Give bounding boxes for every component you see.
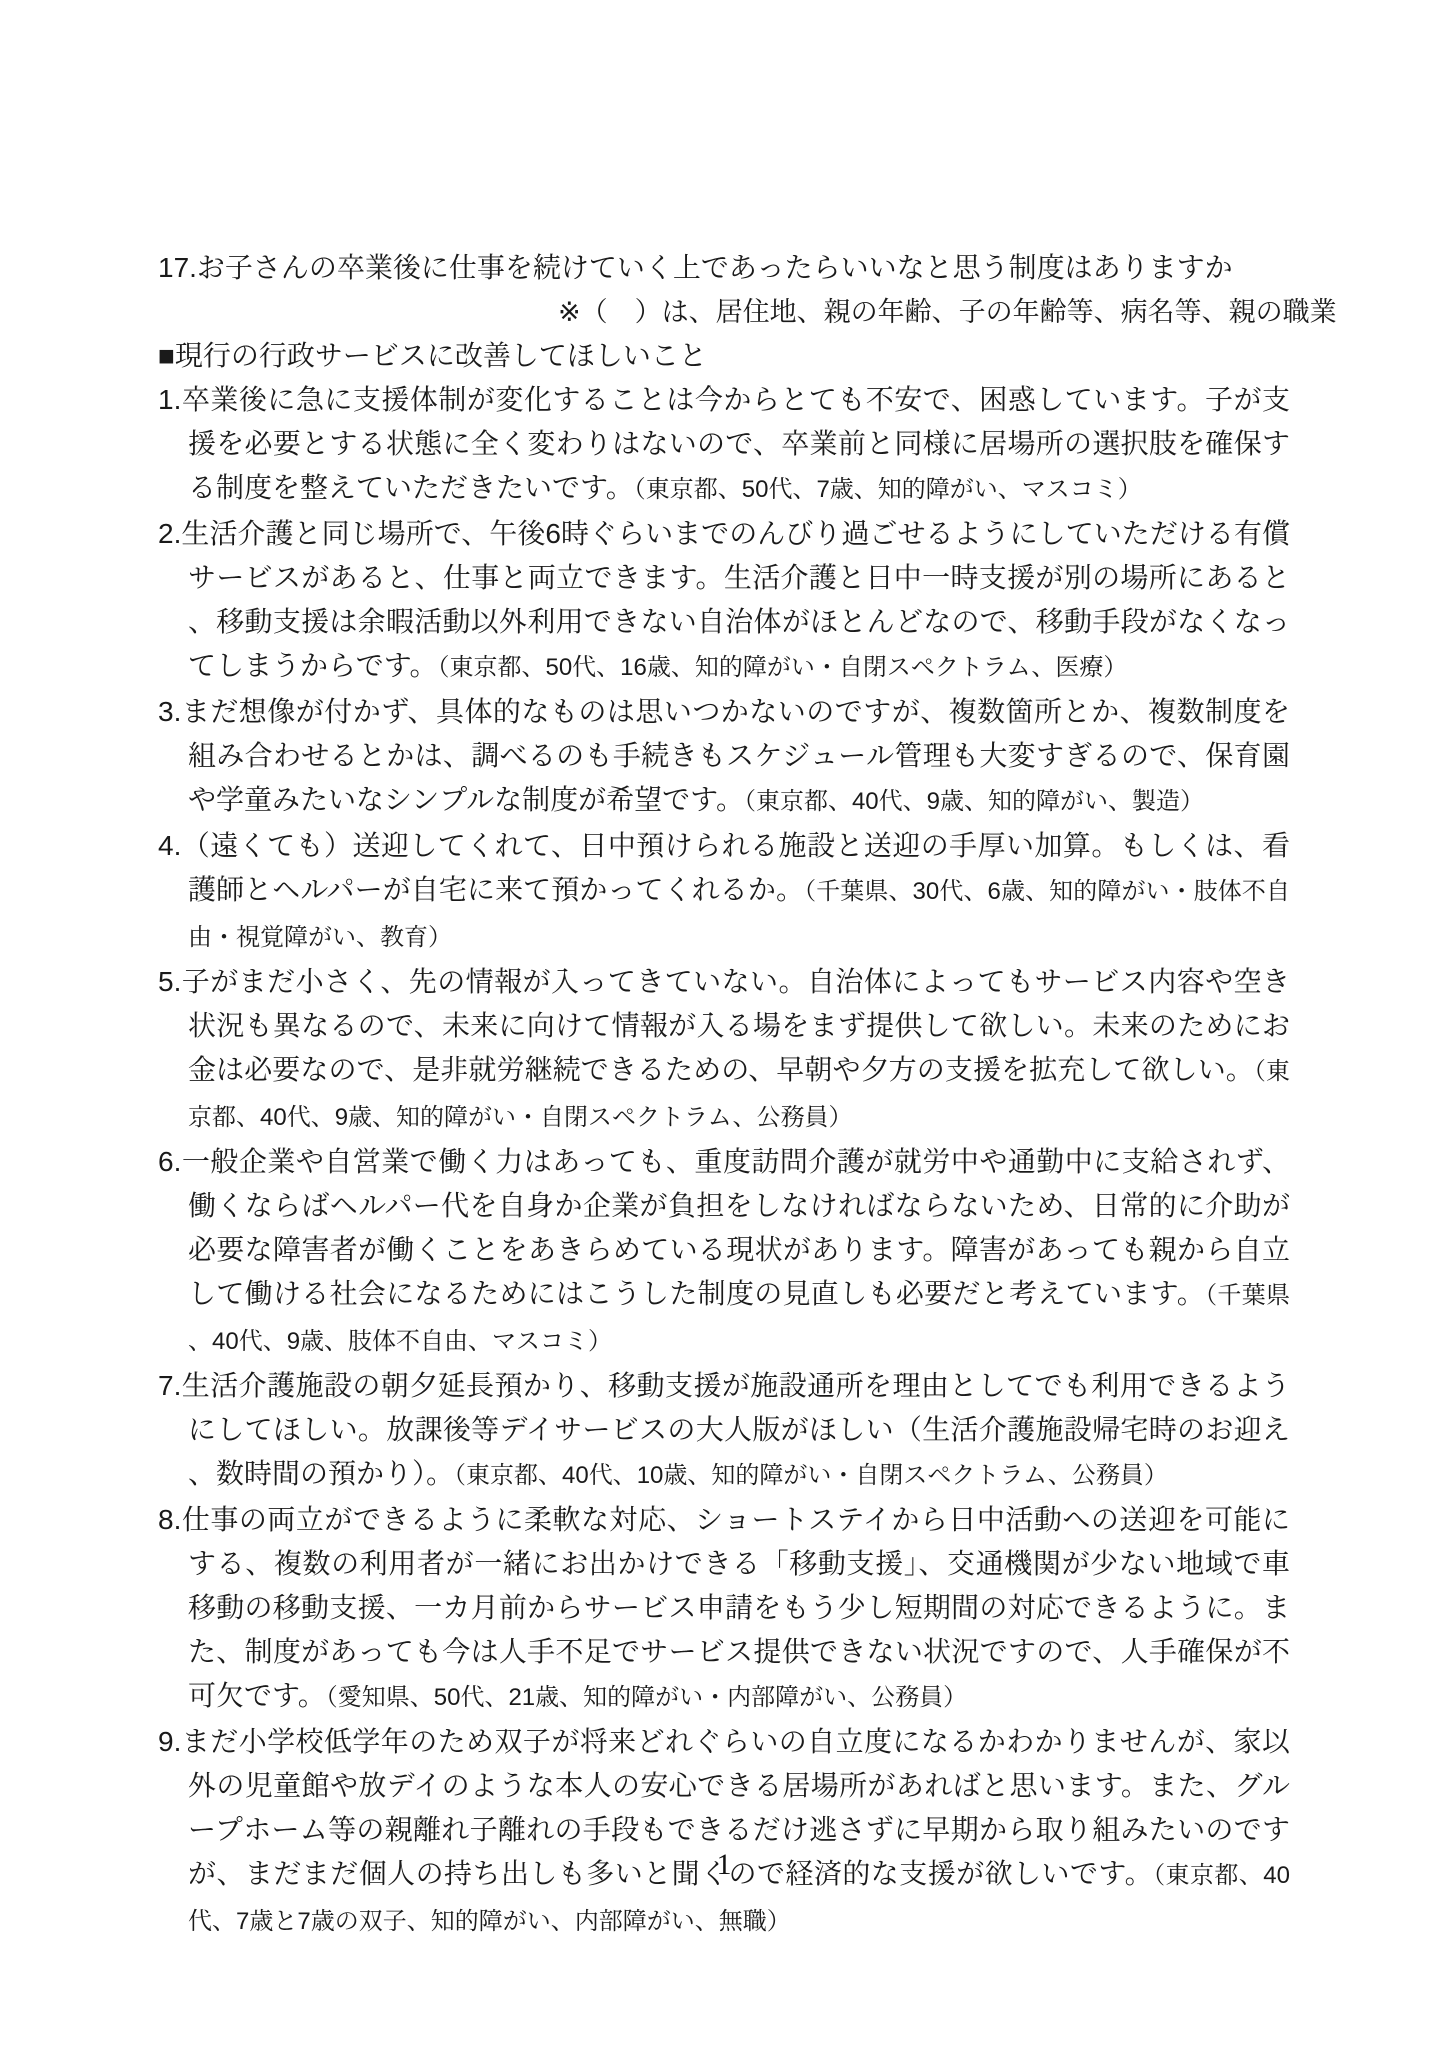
item-attribution: （愛知県、50代、21歳、知的障がい・内部障がい、公務員）	[326, 1684, 967, 1711]
list-item: 4.（遠くても）送迎してくれて、日中預けられる施設と送迎の手厚い加算。もしくは、…	[158, 824, 1290, 960]
list-item: 5.子がまだ小さく、先の情報が入ってきていない。自治体によってもサービス内容や空…	[158, 960, 1290, 1140]
list-item: 2.生活介護と同じ場所で、午後6時ぐらいまでのんびり過ごせるようにしていただける…	[158, 512, 1290, 690]
item-number: 3.	[158, 696, 181, 727]
item-attribution: （東京都、40代、9歳、知的障がい、製造）	[744, 788, 1204, 815]
list-item: 8.仕事の両立ができるように柔軟な対応、ショートステイから日中活動への送迎を可能…	[158, 1498, 1290, 1720]
list-item: 3.まだ想像が付かず、具体的なものは思いつかないのですが、複数箇所とか、複数制度…	[158, 690, 1290, 824]
response-list: 1.卒業後に急に支援体制が変化することは今からとても不安で、困惑しています。子が…	[158, 378, 1290, 1944]
item-body: 子がまだ小さく、先の情報が入ってきていない。自治体によってもサービス内容や空き状…	[181, 966, 1290, 1085]
page-number: 1	[0, 1848, 1448, 1882]
note-line: ※（ ）は、居住地、親の年齢、子の年齢等、病名等、親の職業	[558, 290, 1290, 334]
list-item: 7.生活介護施設の朝夕延長預かり、移動支援が施設通所を理由としてでも利用できるよ…	[158, 1364, 1290, 1498]
item-number: 1.	[158, 384, 181, 415]
item-number: 5.	[158, 966, 181, 997]
section-heading: ■現行の行政サービスに改善してほしいこと	[158, 334, 1290, 378]
list-item: 6.一般企業や自営業で働く力はあっても、重度訪問介護が就労中や通勤中に支給されず…	[158, 1140, 1290, 1364]
item-number: 7.	[158, 1370, 181, 1401]
item-attribution: （東京都、50代、16歳、知的障がい・自閉スペクトラム、医療）	[437, 654, 1127, 681]
item-body: 一般企業や自営業で働く力はあっても、重度訪問介護が就労中や通勤中に支給されず、働…	[181, 1146, 1290, 1309]
item-attribution: （東京都、50代、7歳、知的障がい、マスコミ）	[634, 476, 1142, 503]
question-line: 17.お子さんの卒業後に仕事を続けていく上であったらいいなと思う制度はありますか	[158, 246, 1290, 290]
item-number: 9.	[158, 1726, 181, 1757]
item-number: 6.	[158, 1146, 181, 1177]
item-attribution: （東京都、40代、10歳、知的障がい・自閉スペクトラム、公務員）	[454, 1462, 1168, 1489]
document-page: 17.お子さんの卒業後に仕事を続けていく上であったらいいなと思う制度はありますか…	[0, 0, 1448, 2048]
list-item: 9.まだ小学校低学年のため双子が将来どれぐらいの自立度になるかわかりませんが、家…	[158, 1720, 1290, 1944]
item-body: 仕事の両立ができるように柔軟な対応、ショートステイから日中活動への送迎を可能にす…	[181, 1504, 1290, 1711]
item-number: 8.	[158, 1504, 181, 1535]
item-number: 2.	[158, 518, 181, 549]
list-item: 1.卒業後に急に支援体制が変化することは今からとても不安で、困惑しています。子が…	[158, 378, 1290, 512]
item-number: 4.	[158, 830, 181, 861]
